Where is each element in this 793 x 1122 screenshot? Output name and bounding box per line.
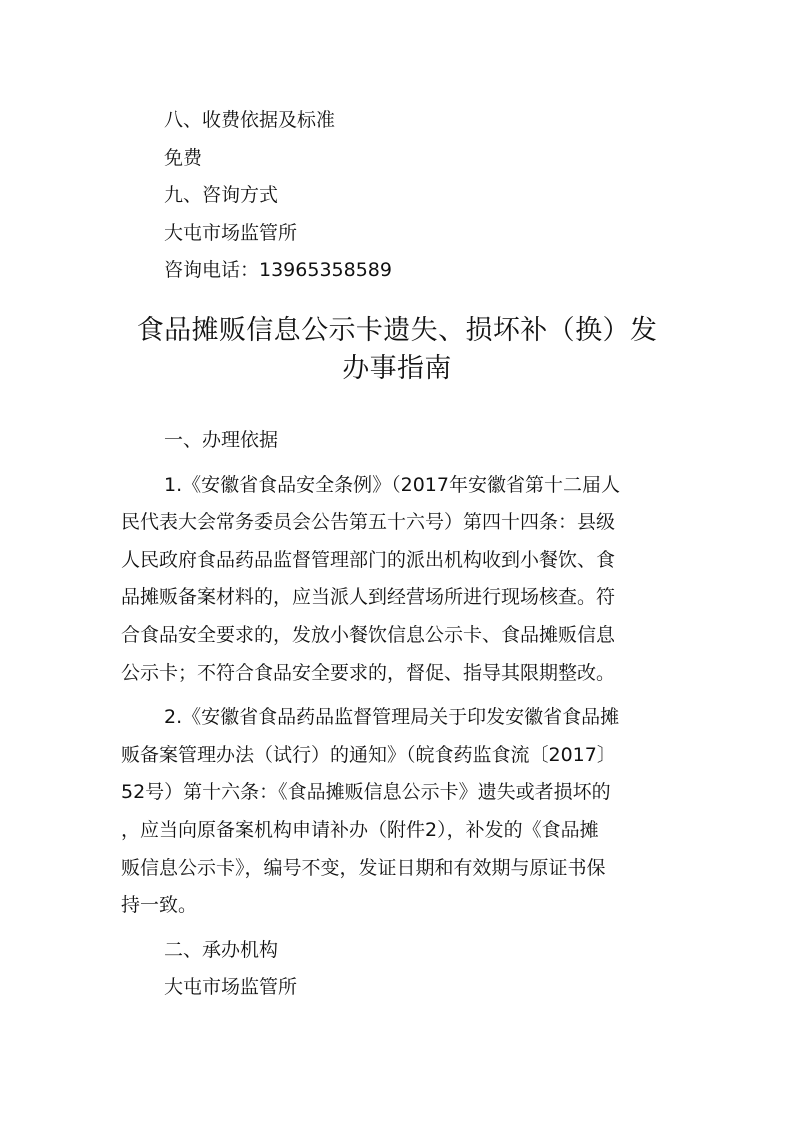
basis-item-2-line: 贩信息公示卡》，编号不变，发证日期和有效期与原证书保 [121,850,673,888]
basis-item-2-line: ，应当向原备案机构申请补办（附件2），补发的《食品摊 [121,812,673,850]
section-heading-contact: 九、咨询方式 [121,177,673,215]
agency-value: 大屯市场监管所 [121,969,673,1007]
guide-title-line-1: 食品摊贩信息公示卡遗失、损坏补（换）发 [121,312,673,350]
fee-value: 免费 [121,140,673,178]
guide-title-line-2: 办事指南 [121,350,673,388]
document-content: 八、收费依据及标准 免费 九、咨询方式 大屯市场监管所 咨询电话：1396535… [121,102,673,1007]
basis-item-1-line: 民代表大会常务委员会公告第五十六号）第四十四条：县级 [121,504,673,542]
basis-item-2-line: 贩备案管理办法（试行）的通知》（皖食药监食流〔2017〕 [121,737,673,775]
basis-item-2-line: 持一致。 [121,887,673,925]
basis-item-2-line: 52号）第十六条：《食品摊贩信息公示卡》遗失或者损坏的 [121,774,673,812]
section-heading-fee: 八、收费依据及标准 [121,102,673,140]
basis-item-2-line: 2.《安徽省食品药品监督管理局关于印发安徽省食品摊 [121,699,673,737]
document-page: 八、收费依据及标准 免费 九、咨询方式 大屯市场监管所 咨询电话：1396535… [0,0,793,1122]
contact-phone: 咨询电话：13965358589 [121,252,673,290]
section-heading-agency: 二、承办机构 [121,932,673,970]
contact-office: 大屯市场监管所 [121,215,673,253]
basis-item-2: 2.《安徽省食品药品监督管理局关于印发安徽省食品摊 贩备案管理办法（试行）的通知… [121,699,673,925]
basis-item-1-line: 1.《安徽省食品安全条例》（2017年安徽省第十二届人 [121,467,673,505]
basis-item-1: 1.《安徽省食品安全条例》（2017年安徽省第十二届人 民代表大会常务委员会公告… [121,467,673,693]
basis-item-1-line: 公示卡；不符合食品安全要求的，督促、指导其限期整改。 [121,655,673,693]
basis-item-1-line: 品摊贩备案材料的，应当派人到经营场所进行现场核查。符 [121,579,673,617]
basis-item-1-line: 人民政府食品药品监督管理部门的派出机构收到小餐饮、食 [121,542,673,580]
section-heading-basis: 一、办理依据 [121,422,673,460]
basis-item-1-line: 合食品安全要求的，发放小餐饮信息公示卡、食品摊贩信息 [121,617,673,655]
guide-title: 食品摊贩信息公示卡遗失、损坏补（换）发 办事指南 [121,312,673,388]
